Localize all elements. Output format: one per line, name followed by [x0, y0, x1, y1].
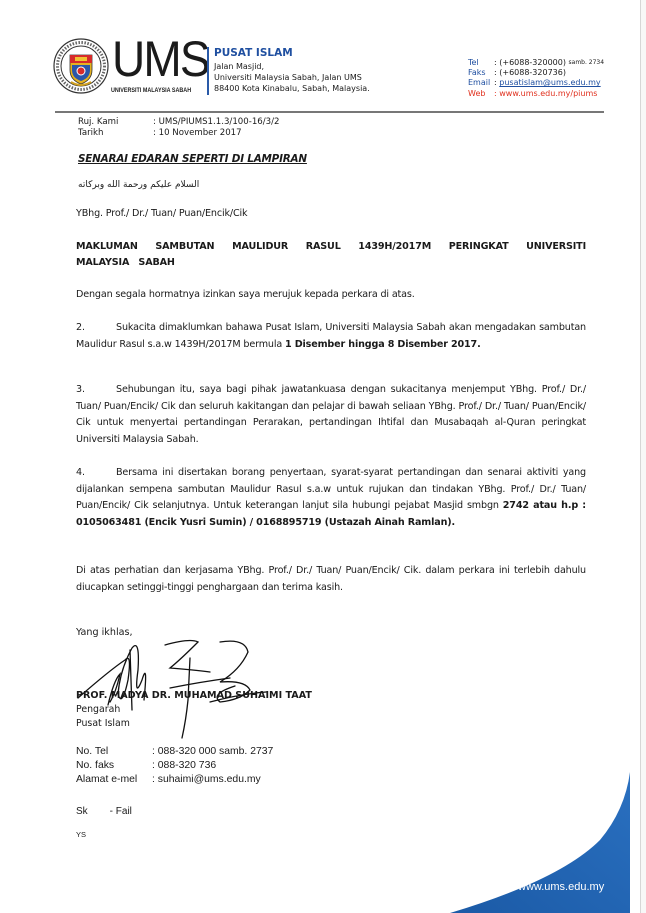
signer-unit: Pusat Islam	[76, 717, 130, 731]
contact-fax: Faks : (+6088-320736)	[468, 68, 604, 78]
email-label: Email	[468, 78, 494, 88]
ref-row: Ruj. Kami : UMS/PIUMS1.1.3/100-16/3/2	[78, 117, 280, 128]
signer-email-value: : suhaimi@ums.edu.my	[152, 773, 261, 787]
header-contact: Tel : (+6088-320000) samb. 2734 Faks : (…	[468, 58, 604, 99]
address-line: Universiti Malaysia Sabah, Jalan UMS	[214, 72, 370, 83]
paragraph-number: 4.	[76, 465, 116, 482]
header-rule	[55, 111, 604, 113]
salutation: YBhg. Prof./ Dr./ Tuan/ Puan/Encik/Cik	[76, 206, 586, 223]
copy-label: Sk	[76, 806, 88, 817]
department-address: Jalan Masjid, Universiti Malaysia Sabah,…	[214, 61, 370, 94]
tel-ext: samb. 2734	[569, 58, 605, 68]
reference-block: Ruj. Kami : UMS/PIUMS1.1.3/100-16/3/2 Ta…	[78, 117, 280, 139]
ums-wordmark: UMS	[112, 34, 209, 84]
arabic-greeting: السلام عليكم ورحمة الله وبركاته	[78, 180, 199, 190]
web-label: Web	[468, 89, 494, 99]
signer-position: Pengarah	[76, 703, 130, 717]
signer-title: Pengarah Pusat Islam	[76, 703, 130, 731]
paragraph-text: Sehubungan itu, saya bagi pihak jawatank…	[76, 384, 586, 445]
email-link[interactable]: pusatislam@ums.edu.my	[499, 78, 600, 88]
fax-label: Faks	[468, 68, 494, 78]
date-value: : 10 November 2017	[153, 128, 242, 139]
fax-value: : (+6088-320736)	[494, 68, 566, 78]
ums-subtitle: UNIVERSITI MALAYSIA SABAH	[111, 87, 191, 94]
signer-contact: No. Tel : 088-320 000 samb. 2737 No. fak…	[76, 745, 273, 787]
contact-tel: Tel : (+6088-320000) samb. 2734	[468, 58, 604, 68]
ref-label: Ruj. Kami	[78, 117, 153, 128]
ums-crest-logo	[53, 38, 109, 94]
copy-value: - Fail	[110, 806, 132, 817]
tel-value: : (+6088-320000)	[494, 58, 566, 68]
signer-fax-value: : 088-320 736	[152, 759, 216, 773]
signer-name: PROF. MADYA DR. MUHAMAD SUHAIMI TAAT	[76, 690, 312, 701]
opening-line: Dengan segala hormatnya izinkan saya mer…	[76, 287, 586, 304]
department-title: PUSAT ISLAM	[214, 47, 293, 59]
tel-label: Tel	[468, 58, 494, 68]
header-divider	[207, 47, 209, 95]
copy-to: Sk- Fail	[76, 806, 132, 817]
address-line: 88400 Kota Kinabalu, Sabah, Malaysia.	[214, 83, 370, 94]
web-link[interactable]: : www.ums.edu.my/piums	[494, 89, 597, 99]
address-line: Jalan Masjid,	[214, 61, 370, 72]
letter-subject: MAKLUMAN SAMBUTAN MAULIDUR RASUL 1439H/2…	[76, 239, 586, 271]
signer-fax-label: No. faks	[76, 759, 152, 773]
footer-url[interactable]: www.ums.edu.my	[518, 881, 604, 893]
signer-tel-label: No. Tel	[76, 745, 152, 759]
page-margin	[641, 0, 646, 913]
date-label: Tarikh	[78, 128, 153, 139]
signer-fax-row: No. faks : 088-320 736	[76, 759, 273, 773]
recipient-heading: SENARAI EDARAN SEPERTI DI LAMPIRAN	[78, 153, 307, 165]
closing-paragraph: Di atas perhatian dan kerjasama YBhg. Pr…	[76, 563, 586, 596]
paragraph-number: 3.	[76, 382, 116, 399]
signer-tel-row: No. Tel : 088-320 000 samb. 2737	[76, 745, 273, 759]
signer-email-row: Alamat e-mel : suhaimi@ums.edu.my	[76, 773, 273, 787]
ref-value: : UMS/PIUMS1.1.3/100-16/3/2	[153, 117, 280, 128]
paragraph-4: 4.Bersama ini disertakan borang penyerta…	[76, 465, 586, 531]
signer-email-label: Alamat e-mel	[76, 773, 152, 787]
signer-tel-value: : 088-320 000 samb. 2737	[152, 745, 273, 759]
contact-web: Web : www.ums.edu.my/piums	[468, 89, 604, 99]
paragraph-emphasis: 1 Disember hingga 8 Disember 2017.	[285, 339, 481, 350]
typist-initials: YS	[76, 830, 86, 839]
paragraph-number: 2.	[76, 320, 116, 337]
contact-email: Email : pusatislam@ums.edu.my	[468, 78, 604, 88]
paragraph-3: 3.Sehubungan itu, saya bagi pihak jawata…	[76, 382, 586, 448]
date-row: Tarikh : 10 November 2017	[78, 128, 280, 139]
paragraph-2: 2.Sukacita dimaklumkan bahawa Pusat Isla…	[76, 320, 586, 353]
